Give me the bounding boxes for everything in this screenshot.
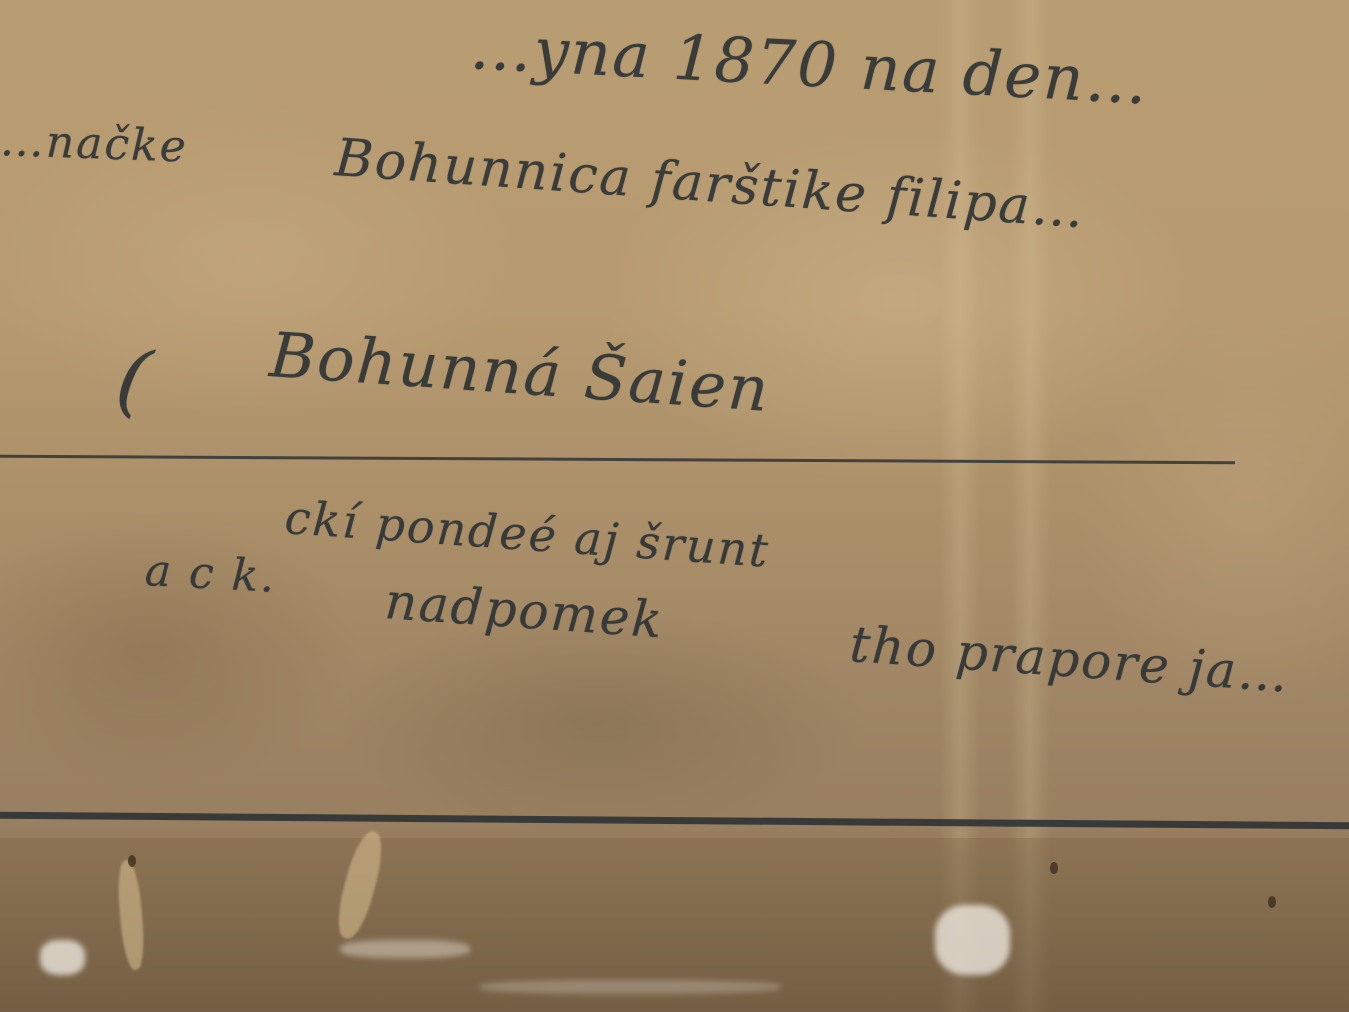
ruled-line-lower xyxy=(0,812,1349,830)
handwriting-line-2-left: …načke xyxy=(0,115,189,173)
wormhole xyxy=(1268,896,1276,908)
handwriting-line-4: ckí pondeé aj šrunt xyxy=(283,490,771,578)
handwriting-line-5-prefix: a c k. xyxy=(144,545,278,603)
worn-patch xyxy=(40,940,85,975)
flourish-mark: ( xyxy=(110,331,157,428)
wormhole xyxy=(128,855,136,867)
worn-patch xyxy=(340,940,470,958)
handwriting-line-5-end: tho prapore ja… xyxy=(848,615,1292,704)
handwriting-line-name: Bohunná Šaien xyxy=(267,318,772,426)
handwriting-line-5-word: nadpomek xyxy=(383,572,666,649)
document-page: …yna 1870 na den… …načke Bohunnica faršt… xyxy=(0,0,1349,1012)
worn-patch xyxy=(935,905,1010,975)
worn-patch xyxy=(480,980,780,994)
wormhole xyxy=(1050,862,1058,874)
